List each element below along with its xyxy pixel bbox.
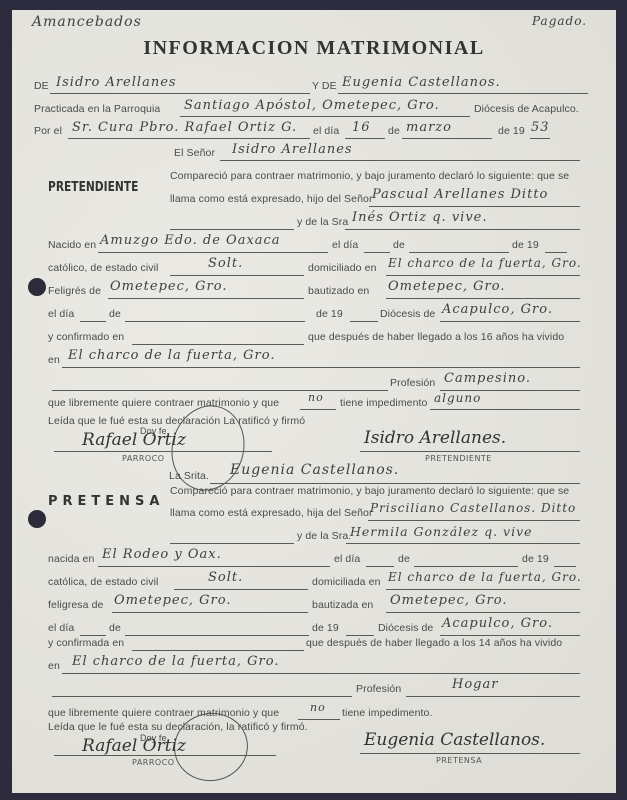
nacido-label: Nacido en [48,239,96,251]
mes2-underline [125,635,309,636]
confirmada-label: y confirmada en [48,637,124,649]
parroco-signature-line [54,755,276,756]
de-label: de [393,239,405,251]
madre-underline [346,543,580,544]
dia-underline [366,566,394,567]
el-dia-label: el día [332,239,358,251]
diocesis-label: Diócesis de [380,308,435,320]
bride-birthplace-field[interactable]: El Rodeo y Oax. [102,547,222,562]
anio-underline [545,252,567,253]
no-underline [300,409,336,410]
llama-text: llama como está expresado, hijo del Seño… [170,193,373,205]
de-label: de [398,553,410,565]
page-title: INFORMACION MATRIMONIAL [12,37,616,60]
bride-name-field[interactable]: Eugenia Castellanos. [342,75,501,90]
domicilio-underline [386,275,580,276]
bride-no-field[interactable]: no [310,701,326,714]
punch-hole [28,510,46,528]
pretendiente-caption: PRETENDIENTE [425,454,492,463]
diocesis-underline [440,321,580,322]
padre-underline [369,206,580,207]
groom-civil-status-field[interactable]: Solt. [208,256,243,271]
feligres-underline [108,298,304,299]
dia2-underline [80,635,106,636]
nacido-underline [98,252,328,253]
nacida-label: nacida en [48,553,94,565]
en-label: en [48,660,60,672]
feligresa-label: feligresa de [48,599,103,611]
por-el-underline [68,138,310,139]
month-field[interactable]: marzo [406,120,452,135]
madre-label: y de la Sra. [297,530,351,542]
de2-label: de [109,622,121,634]
domiciliada-label: domiciliada en [312,576,381,588]
y-de-label: Y DE [312,80,337,92]
de-mes-label: de [388,125,400,137]
feligres-label: Feligrés de [48,285,101,297]
section-label-pretendiente: PRETENDIENTE [48,180,138,195]
comparecio-text: Compareció para contraer matrimonio, y b… [170,485,569,497]
diocesis-text: Diócesis de Acapulco. [474,103,579,115]
srita-label: La Srita. [169,470,209,482]
pretensa-caption: PRETENSA [436,756,482,765]
el-dia2-label: el día [48,308,74,320]
anio-underline [530,138,550,139]
de-anio-label: de 19 [498,125,525,137]
groom-profession-field[interactable]: Campesino. [444,371,531,386]
groom-impediment-field[interactable]: alguno [434,391,481,405]
de-19-label: de 19 [512,239,539,251]
dia2-underline [80,321,106,322]
pretendiente-signature-line [360,451,580,452]
profesion-label: Profesión [356,683,401,695]
impedimento-underline [430,409,580,410]
anio-underline [554,566,576,567]
bautizada-label: bautizada en [312,599,373,611]
bride-full-name-field[interactable]: Eugenia Castellanos. [230,462,399,478]
senor-underline [220,160,580,161]
bride-lived-field[interactable]: El charco de la fuerta, Gro. [72,654,280,669]
dia-underline [345,138,385,139]
parroco-caption: PARROCO [122,454,165,463]
vivido-underline [62,673,580,674]
corner-note-left: Amancebados [32,14,142,30]
de-underline [50,93,310,94]
domiciliado-label: domiciliado en [308,262,377,274]
corner-note-right: Pagado. [532,14,587,28]
parroco-signature: Rafael Ortiz [82,736,186,756]
el-dia2-label: el día [48,622,74,634]
pretendiente-signature: Isidro Arellanes. [364,428,506,448]
vivido-underline [62,367,580,368]
parroco-signature-line [54,451,272,452]
bautizado-underline [386,298,580,299]
dia-underline [364,252,390,253]
officiant-field[interactable]: Sr. Cura Pbro. Rafael Ortiz G. [72,120,297,135]
parroquia-label: Practicada en la Parroquia [34,103,160,115]
en-label: en [48,354,60,366]
pretensa-signature-line [360,753,580,754]
confirmada-underline [132,650,304,651]
year-field[interactable]: 53 [531,120,550,135]
bride-residence-field[interactable]: El charco de la fuerta, Gro. [388,570,582,584]
de-19-label: de 19 [522,553,549,565]
parroco-caption: PARROCO [132,758,175,767]
confirmado-label: y confirmado en [48,331,124,343]
madre-pre-underline [170,229,294,230]
padre-underline [368,520,580,521]
madre-pre-underline [170,543,294,544]
mes2-underline [125,321,305,322]
groom-full-name-field[interactable]: Isidro Arellanes [232,142,353,157]
nacida-underline [98,566,330,567]
diocesis-label: Diócesis de [378,622,433,634]
profesion-underline [406,696,580,697]
bride-profession-field[interactable]: Hogar [452,677,498,692]
impedimento-label: tiene impedimento. [342,707,433,719]
madre-underline [345,229,580,230]
bride-father-field[interactable]: Prisciliano Castellanos. Ditto [370,501,576,515]
impedimento-label: tiene impedimento [340,397,428,409]
bride-diocese-field[interactable]: Acapulco, Gro. [442,616,553,631]
groom-no-field[interactable]: no [308,391,324,404]
parroquia-field[interactable]: Santiago Apóstol, Ometepec, Gro. [184,98,440,113]
srita-underline [210,483,580,484]
day-field[interactable]: 16 [352,120,371,135]
mes-underline [409,252,509,253]
no-underline [298,719,340,720]
senor-label: El Señor [174,147,215,159]
section-label-pretensa: PRETENSA [48,494,164,509]
despues-text: que después de haber llegado a los 16 añ… [308,331,564,343]
groom-birthplace-field[interactable]: Amuzgo Edo. de Oaxaca [100,233,281,248]
bride-mother-field[interactable]: Hermila González q. vive [350,524,533,539]
feligresa-underline [112,612,308,613]
bride-parish-field[interactable]: Ometepec, Gro. [114,593,232,608]
parroco-signature: Rafael Ortiz [82,430,186,450]
groom-name-field[interactable]: Isidro Arellanes [56,75,177,90]
de-19-2-label: de 19 [316,308,343,320]
domicilio-underline [386,589,580,590]
estado-civil-underline [170,275,304,276]
mes-underline [402,138,492,139]
mes-underline [414,566,518,567]
pretensa-signature: Eugenia Castellanos. [364,730,545,750]
profesion-pre-underline [52,390,388,391]
anio2-underline [346,635,374,636]
groom-parish-field[interactable]: Ometepec, Gro. [110,279,228,294]
groom-residence-field[interactable]: El charco de la fuerta, Gro. [388,256,582,270]
estado-civil-underline [174,589,308,590]
por-el-label: Por el [34,125,62,137]
confirmado-underline [132,344,304,345]
libremente-text: que libremente quiere contraer matrimoni… [48,707,279,719]
catolico-label: católico, de estado civil [48,262,158,274]
groom-mother-field[interactable]: Inés Ortiz q. vive. [352,210,488,225]
despues-text: que después de haber llegado a los 14 añ… [306,637,562,649]
bride-civil-status-field[interactable]: Solt. [208,570,243,585]
de-label: DE [34,80,49,92]
profesion-pre-underline [52,696,352,697]
de-19-2-label: de 19 [312,622,339,634]
el-dia-label: el día [334,553,360,565]
diocesis-underline [440,635,580,636]
catolica-label: católica, de estado civil [48,576,158,588]
groom-lived-field[interactable]: El charco de la fuerta, Gro. [68,348,276,363]
marriage-information-form: Amancebados Pagado. INFORMACION MATRIMON… [12,10,616,793]
bride-baptism-place-field[interactable]: Ometepec, Gro. [390,593,508,608]
punch-hole [28,278,46,296]
anio2-underline [350,321,378,322]
bautizada-underline [386,612,580,613]
de2-label: de [109,308,121,320]
parroquia-underline [180,116,470,117]
madre-label: y de la Sra [297,216,348,228]
llama-text: llama como está expresado, hija del Seño… [170,507,373,519]
groom-father-field[interactable]: Pascual Arellanes Ditto [372,187,548,202]
y-de-underline [338,93,588,94]
el-dia-label: el día [313,125,339,137]
profesion-label: Profesión [390,377,435,389]
comparecio-text: Compareció para contraer matrimonio, y b… [170,170,569,182]
groom-diocese-field[interactable]: Acapulco, Gro. [442,302,553,317]
bautizado-label: bautizado en [308,285,369,297]
libremente-text: que libremente quiere contraer matrimoni… [48,397,279,409]
groom-baptism-place-field[interactable]: Ometepec, Gro. [388,279,506,294]
leida-text: Leída que le fué esta su declaración La … [48,415,305,427]
